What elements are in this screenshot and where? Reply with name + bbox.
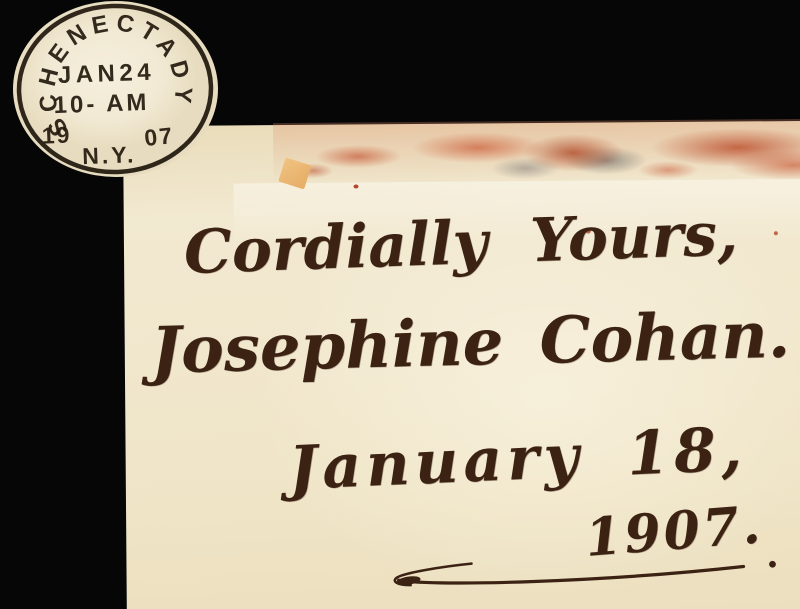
postmark-date-text: JAN24	[57, 59, 155, 89]
postmark-state-text: N.Y.	[82, 141, 137, 169]
postmark-stamp: SCHENECTADY JAN24 10- AM 19 07 N.Y.	[13, 1, 218, 177]
postmark-year-left-text: 19	[41, 122, 71, 149]
postmark-time-text: 10- AM	[53, 89, 150, 119]
underline-flourish	[123, 121, 800, 609]
scanned-autograph-photo: Cordially Yours, Josephine Cohan. Januar…	[0, 0, 800, 609]
autograph-card: Cordially Yours, Josephine Cohan. Januar…	[123, 121, 800, 609]
postmark-year-right-text: 07	[143, 122, 175, 151]
